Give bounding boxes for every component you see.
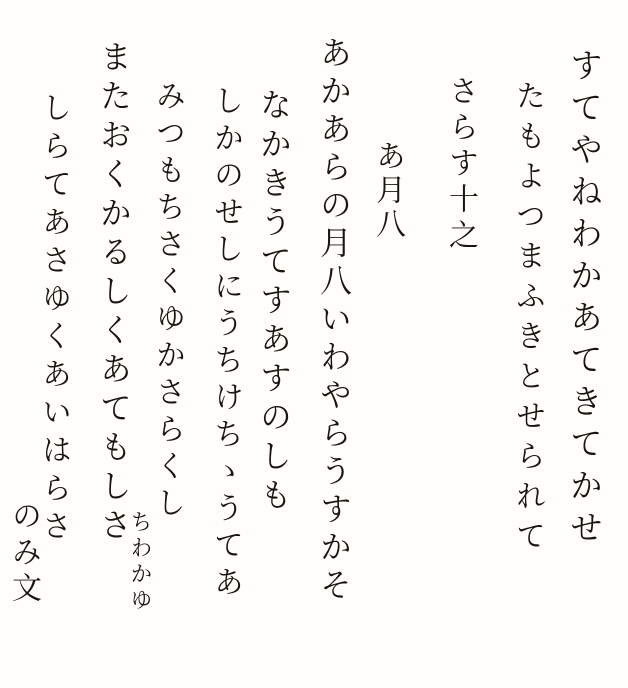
text-column-9: またおくかるしくあてもしさ bbox=[98, 40, 130, 547]
text-column-8: みつもちさくゆかさらくし bbox=[152, 80, 182, 524]
text-column-6: なかきうてすあすのしも bbox=[258, 88, 290, 517]
text-column-2: たもよつまふきとせられて bbox=[512, 80, 542, 560]
calligraphy-sheet: すてやねわかあてきてかせ たもよつまふきとせられて さらす十之 あ月八 あかあら… bbox=[0, 0, 628, 688]
text-column-11: しらてあさゆくあいはらさ bbox=[38, 92, 68, 548]
text-column-10-annotation: ちわかゆ bbox=[128, 510, 150, 614]
text-column-4: あ月八 bbox=[372, 140, 402, 242]
text-column-5: あかあらの月八いわやらうすかそ bbox=[318, 36, 350, 606]
text-column-1: すてやねわかあてきてかせ bbox=[568, 48, 601, 552]
text-column-7: しかのせしにうちけちゝうてあ bbox=[210, 85, 240, 603]
text-column-3: さらす十之 bbox=[445, 75, 475, 255]
text-column-12: のみ文 bbox=[8, 500, 38, 608]
